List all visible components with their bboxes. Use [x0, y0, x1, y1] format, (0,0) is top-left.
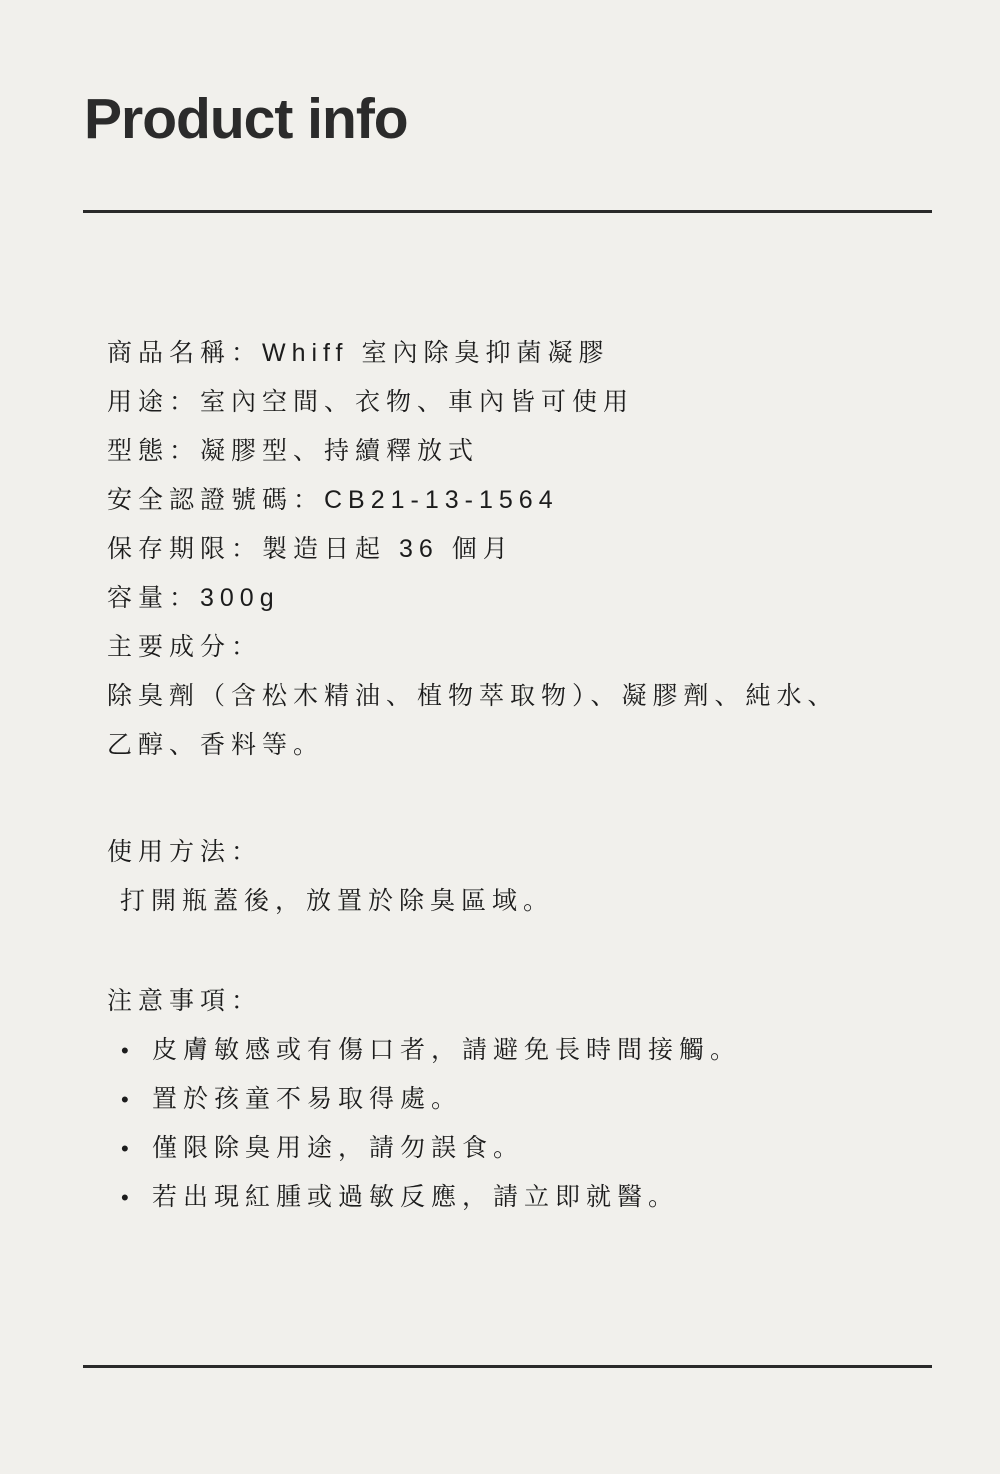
caution-text: 若出現紅腫或過敏反應，請立即就醫。 — [152, 1173, 679, 1222]
product-info-sheet: Product info 商品名稱：Whiff 室內除臭抑菌凝膠 用途：室內空間… — [0, 0, 1000, 1474]
bullet-icon: • — [121, 1124, 152, 1173]
spec-line-shelf-life: 保存期限：製造日起 36 個月 — [107, 525, 937, 574]
caution-text: 置於孩童不易取得處。 — [152, 1075, 462, 1124]
spec-line-usage-scope: 用途：室內空間、衣物、車內皆可使用 — [107, 378, 937, 427]
bullet-icon: • — [121, 1075, 152, 1124]
top-divider — [83, 210, 932, 213]
spec-line-cert-number: 安全認證號碼：CB21-13-1564 — [107, 476, 937, 525]
product-details: 商品名稱：Whiff 室內除臭抑菌凝膠 用途：室內空間、衣物、車內皆可使用 型態… — [107, 329, 937, 1222]
spec-line-ingredients-2: 乙醇、香料等。 — [107, 721, 937, 770]
spec-line-form: 型態：凝膠型、持續釋放式 — [107, 427, 937, 476]
caution-text: 皮膚敏感或有傷口者，請避免長時間接觸。 — [152, 1026, 741, 1075]
caution-item: • 若出現紅腫或過敏反應，請立即就醫。 — [107, 1173, 937, 1222]
caution-item: • 僅限除臭用途，請勿誤食。 — [107, 1124, 937, 1173]
usage-section: 使用方法： 打開瓶蓋後，放置於除臭區域。 — [107, 828, 937, 926]
spec-line-ingredients-1: 除臭劑（含松木精油、植物萃取物）、凝膠劑、純水、 — [107, 672, 937, 721]
caution-text: 僅限除臭用途，請勿誤食。 — [152, 1124, 524, 1173]
caution-item: • 皮膚敏感或有傷口者，請避免長時間接觸。 — [107, 1026, 937, 1075]
spec-line-volume: 容量：300g — [107, 574, 937, 623]
bullet-icon: • — [121, 1026, 152, 1075]
bullet-icon: • — [121, 1173, 152, 1222]
page-title: Product info — [84, 88, 408, 150]
spec-line-ingredients-heading: 主要成分： — [107, 623, 937, 672]
caution-section: 注意事項： • 皮膚敏感或有傷口者，請避免長時間接觸。 • 置於孩童不易取得處。… — [107, 977, 937, 1222]
spec-list: 商品名稱：Whiff 室內除臭抑菌凝膠 用途：室內空間、衣物、車內皆可使用 型態… — [107, 329, 937, 770]
caution-heading: 注意事項： — [107, 977, 937, 1026]
usage-heading: 使用方法： — [107, 828, 937, 877]
caution-item: • 置於孩童不易取得處。 — [107, 1075, 937, 1124]
spec-line-product-name: 商品名稱：Whiff 室內除臭抑菌凝膠 — [107, 329, 937, 378]
bottom-divider — [83, 1365, 932, 1368]
usage-instruction: 打開瓶蓋後，放置於除臭區域。 — [107, 877, 937, 926]
